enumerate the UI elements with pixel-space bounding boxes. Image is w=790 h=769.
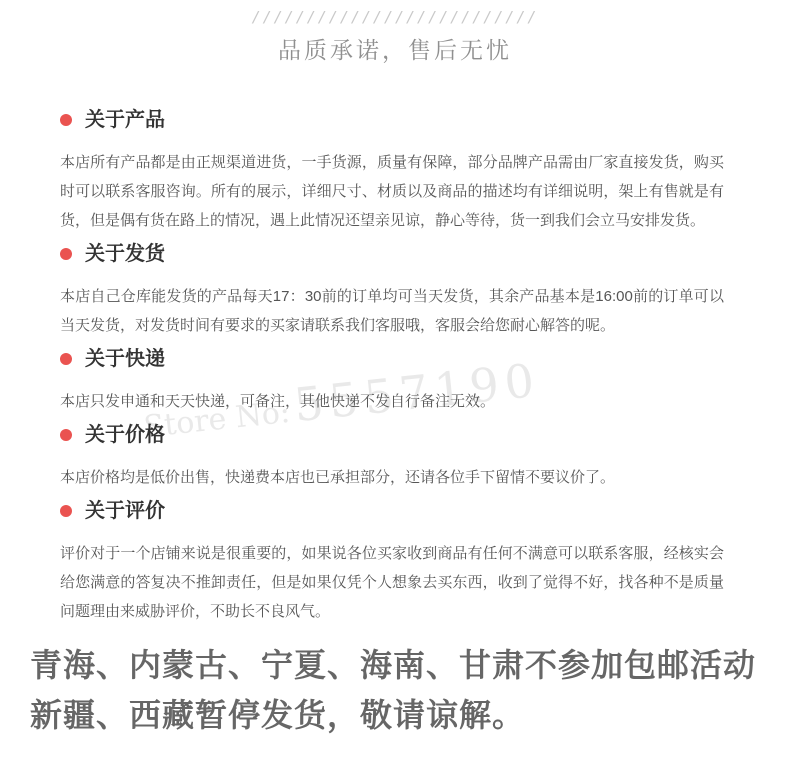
red-dot-icon	[60, 353, 72, 365]
section-about-express: 关于快递 本店只发申通和天天快递，可备注，其他快递不发自行备注无效。	[60, 346, 724, 416]
section-heading: 关于评价	[60, 498, 724, 524]
notice-line-1: 青海、内蒙古、宁夏、海南、甘肃不参加包邮活动	[30, 640, 790, 690]
section-body-text: 本店自己仓库能发货的产品每天17：30前的订单均可当天发货，其余产品基本是16:…	[60, 282, 724, 340]
section-heading-label: 关于评价	[85, 498, 165, 524]
section-heading-label: 关于快递	[85, 346, 165, 372]
section-heading: 关于产品	[60, 107, 724, 133]
section-body-text: 本店只发申通和天天快递，可备注，其他快递不发自行备注无效。	[60, 387, 724, 416]
section-about-shipping: 关于发货 本店自己仓库能发货的产品每天17：30前的订单均可当天发货，其余产品基…	[60, 241, 724, 340]
section-heading: 关于发货	[60, 241, 724, 267]
section-about-price: 关于价格 本店价格均是低价出售，快递费本店也已承担部分，还请各位手下留情不要议价…	[60, 422, 724, 492]
section-body-text: 本店价格均是低价出售，快递费本店也已承担部分，还请各位手下留情不要议价了。	[60, 463, 724, 492]
red-dot-icon	[60, 248, 72, 260]
section-heading-label: 关于产品	[85, 107, 165, 133]
page-title: 品质承诺，售后无忧	[0, 32, 790, 65]
section-heading: 关于快递	[60, 346, 724, 372]
section-body-text: 评价对于一个店铺来说是很重要的，如果说各位买家收到商品有任何不满意可以联系客服，…	[60, 539, 724, 626]
slashes-decoration: //////////////////////////	[0, 8, 790, 26]
red-dot-icon	[60, 429, 72, 441]
shipping-restriction-notice: 青海、内蒙古、宁夏、海南、甘肃不参加包邮活动 新疆、西藏暂停发货，敬请谅解。	[0, 640, 790, 740]
red-dot-icon	[60, 114, 72, 126]
section-heading-label: 关于发货	[85, 241, 165, 267]
sections-container: 关于产品 本店所有产品都是由正规渠道进货，一手货源，质量有保障，部分品牌产品需由…	[0, 107, 790, 626]
red-dot-icon	[60, 505, 72, 517]
section-about-product: 关于产品 本店所有产品都是由正规渠道进货，一手货源，质量有保障，部分品牌产品需由…	[60, 107, 724, 235]
section-heading-label: 关于价格	[85, 422, 165, 448]
section-heading: 关于价格	[60, 422, 724, 448]
product-description-page: ////////////////////////// 品质承诺，售后无忧 Sto…	[0, 8, 790, 769]
notice-line-2: 新疆、西藏暂停发货，敬请谅解。	[30, 690, 790, 740]
section-body-text: 本店所有产品都是由正规渠道进货，一手货源，质量有保障，部分品牌产品需由厂家直接发…	[60, 148, 724, 235]
section-about-review: 关于评价 评价对于一个店铺来说是很重要的，如果说各位买家收到商品有任何不满意可以…	[60, 498, 724, 626]
